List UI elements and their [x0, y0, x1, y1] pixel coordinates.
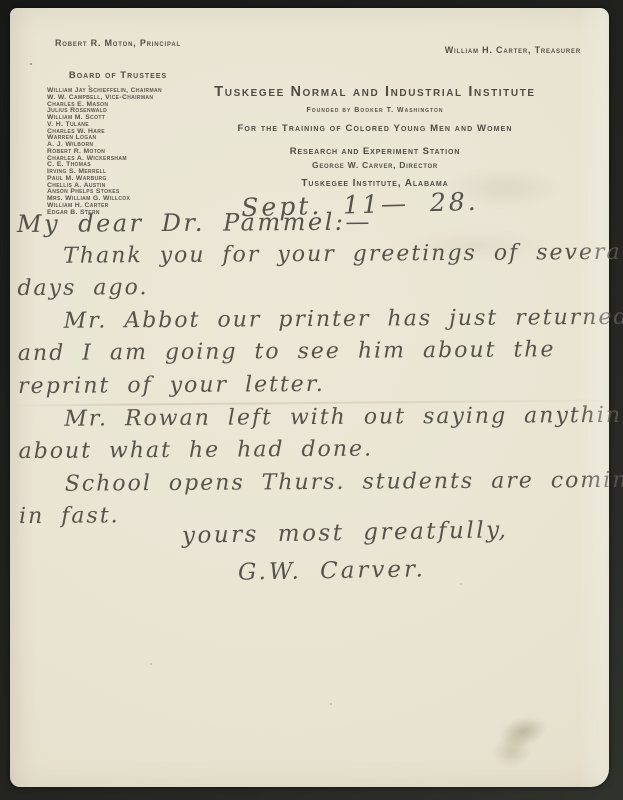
letter-line-text: days ago.	[17, 275, 148, 301]
letter-line-text: School opens Thurs. students are coming	[65, 467, 623, 496]
treasurer-name: William H. Carter, Treasurer	[445, 45, 581, 55]
scan-background: Robert R. Moton, Principal William H. Ca…	[0, 0, 623, 800]
letter-line-text: and I am going to see him about the	[18, 338, 556, 367]
stain-mark	[482, 708, 555, 774]
ink-ghost-smudge	[440, 158, 570, 218]
letter-closing: yours most greatfully,	[182, 517, 509, 549]
carver-signature: G.W. Carver.	[238, 556, 426, 585]
letter-line-text: Mr. Abbot our printer has just returned	[64, 305, 623, 334]
letter-line-text: Mr. Rowan left with out saying anything	[64, 402, 623, 431]
institute-founded-line: Founded by Booker T. Washington	[175, 107, 575, 114]
research-station-line: Research and Experiment Station	[175, 146, 575, 157]
letter-line-text: My dear Dr. Pammel:—	[17, 208, 372, 238]
ink-ghost-smudge	[390, 223, 560, 268]
institute-motto: For the Training of Colored Young Men an…	[175, 123, 575, 134]
letter-line: School opens Thurs. students are coming	[19, 465, 607, 502]
letter-line-text: about what he had done.	[18, 437, 373, 464]
paper-specks	[30, 63, 32, 65]
institute-name: Tuskegee Normal and Industrial Institute	[175, 84, 575, 100]
letter-line: Mr. Abbot our printer has just returned	[18, 302, 606, 339]
letter-line: about what he had done.	[18, 432, 606, 469]
letter-line-text: in fast.	[19, 504, 120, 530]
letter-line-text: reprint of your letter.	[18, 372, 325, 399]
letter-page: Robert R. Moton, Principal William H. Ca…	[10, 8, 609, 787]
letter-line: and I am going to see him about the	[18, 334, 606, 371]
letter-line: reprint of your letter.	[18, 367, 606, 404]
principal-name: Robert R. Moton, Principal	[55, 38, 181, 48]
board-of-trustees-title: Board of Trustees	[38, 70, 198, 81]
letter-line: days ago.	[17, 269, 605, 306]
